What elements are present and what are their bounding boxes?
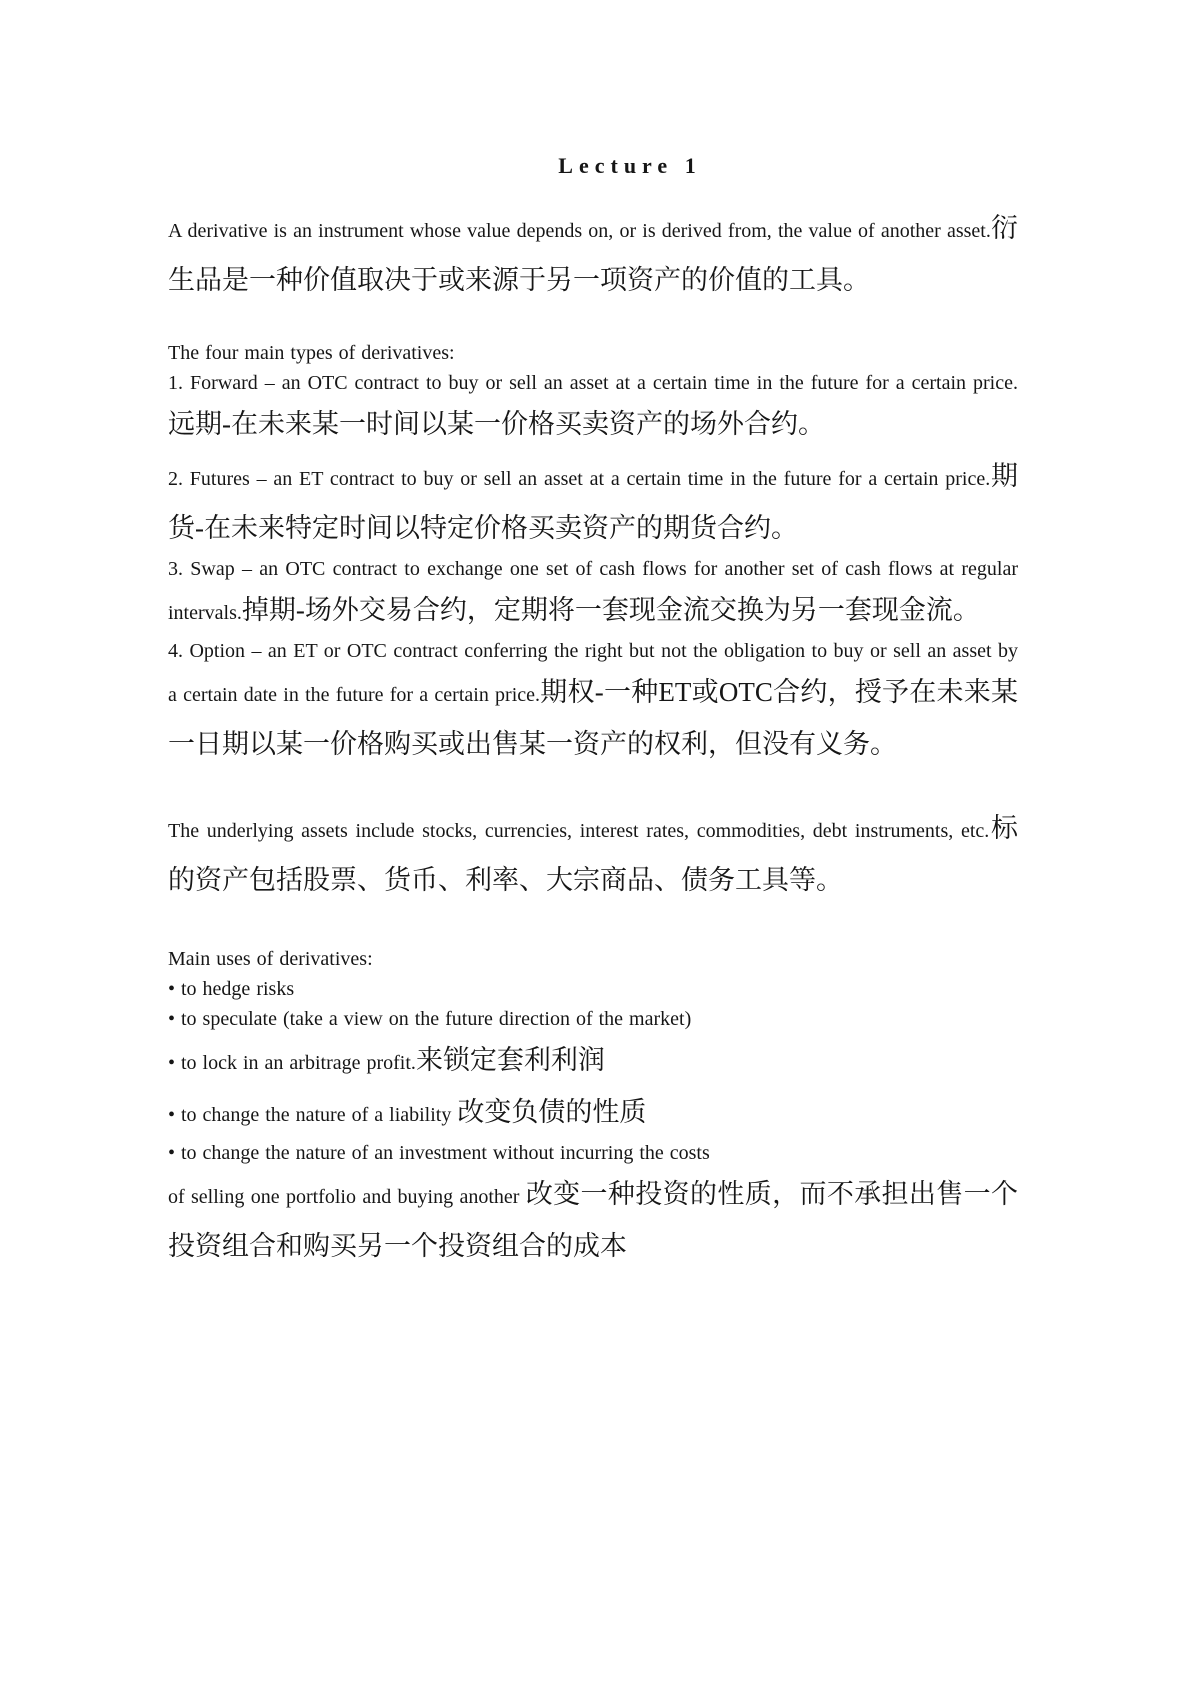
uses-heading: Main uses of derivatives: [168,944,1018,974]
bullet-liability: • to change the nature of a liability 改变… [168,1086,1018,1138]
document-page: Lecture 1 A derivative is an instrument … [0,0,1200,1698]
blank-line [168,770,1018,802]
type-item-swap: 3. Swap – an OTC contract to exchange on… [168,554,1018,636]
bullet-hedge-risks: • to hedge risks [168,974,1018,1004]
underlying-paragraph: The underlying assets include stocks, cu… [168,802,1018,906]
page-title: Lecture 1 [205,150,1055,182]
bullet-arbitrage: • to lock in an arbitrage profit.来锁定套利利润 [168,1034,1018,1086]
intro-text-en: A derivative is an instrument whose valu… [168,220,991,242]
bullet-speculate: • to speculate (take a view on the futur… [168,1004,1018,1034]
bullet-speculate-en: • to speculate (take a view on the futur… [168,1008,691,1030]
bullet-investment-en-line2: of selling one portfolio and buying anot… [168,1186,526,1208]
blank-line [168,306,1018,338]
type-forward-en: 1. Forward – an OTC contract to buy or s… [168,372,1018,394]
type-futures-en: 2. Futures – an ET contract to buy or se… [168,468,990,490]
type-item-forward: 1. Forward – an OTC contract to buy or s… [168,368,1018,450]
bullet-hedge-risks-en: • to hedge risks [168,978,294,1000]
type-item-option: 4. Option – an ET or OTC contract confer… [168,636,1018,770]
type-item-futures: 2. Futures – an ET contract to buy or se… [168,450,1018,554]
blank-line [168,906,1018,944]
type-swap-zh: 掉期-场外交易合约，定期将一套现金流交换为另一套现金流。 [242,595,980,625]
types-heading: The four main types of derivatives: [168,338,1018,368]
bullet-arbitrage-zh: 来锁定套利利润 [416,1045,605,1075]
bullet-liability-zh: 改变负债的性质 [457,1097,646,1127]
type-forward-zh: 远期-在未来某一时间以某一价格买卖资产的场外合约。 [168,409,825,439]
underlying-text-en: The underlying assets include stocks, cu… [168,820,989,842]
bullet-investment-en-line1: • to change the nature of an investment … [168,1142,710,1164]
bullet-investment: • to change the nature of an investment … [168,1138,1018,1272]
intro-paragraph: A derivative is an instrument whose valu… [168,202,1018,306]
bullet-liability-en: • to change the nature of a liability [168,1104,457,1126]
bullet-arbitrage-en: • to lock in an arbitrage profit. [168,1052,416,1074]
document-content: Lecture 1 A derivative is an instrument … [168,150,1018,1272]
